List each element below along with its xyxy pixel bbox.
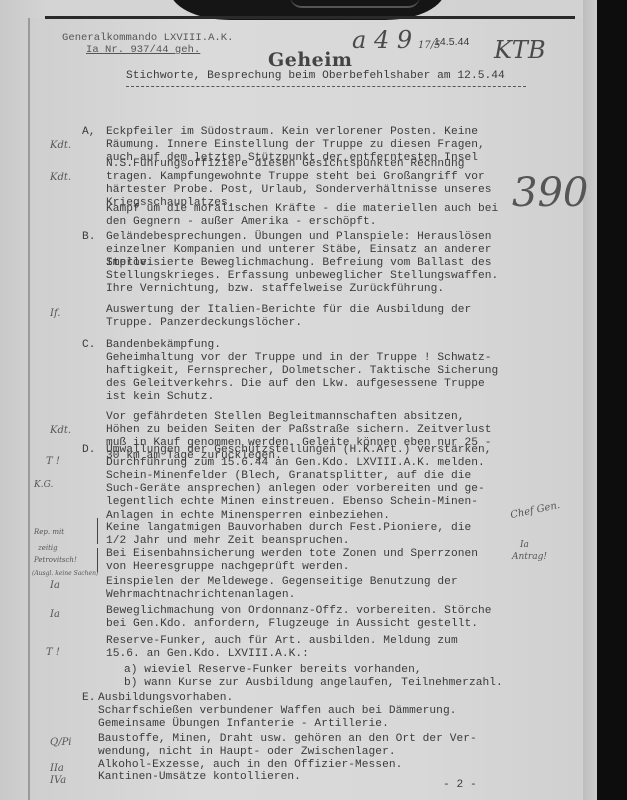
text-line: 1/2 Jahr und mehr Zeit beanspruchen. [106, 535, 350, 548]
page-right-strip [583, 0, 597, 800]
section-letter: C. [82, 339, 95, 351]
text-line: Bandenbekämpfung. [106, 339, 221, 352]
text-line: Stellungskrieges. Erfassung unbewegliche… [106, 270, 498, 283]
margin-bar [97, 518, 98, 544]
text-line: Ihre Vernichtung, bzw. staffelweise Zurü… [106, 283, 444, 296]
text-line: Auswertung der Italien-Berichte für die … [106, 304, 471, 317]
text-line: Gemeinsame Übungen Infanterie - Artiller… [98, 718, 389, 731]
text-line: Beweglichmachung von Ordonnanz-Offz. vor… [106, 605, 492, 618]
text-line: einzelner Kompanien und unterer Stäbe, E… [106, 244, 492, 257]
text-line: haftigkeit, Fernsprecher, Dolmetscher. T… [106, 365, 498, 378]
text-line: Baustoffe, Minen, Draht usw. gehören an … [98, 733, 477, 746]
text-line: wendung, nicht in Haupt- oder Zwischenla… [98, 746, 396, 759]
subtitle: Stichworte, Besprechung beim Oberbefehls… [126, 70, 505, 83]
handwritten-page-number: 390 [512, 170, 588, 216]
text-line: Einspielen der Meldewege. Gegenseitige B… [106, 576, 458, 589]
text-line: Vor gefährdeten Stellen Begleitmannschaf… [106, 411, 464, 424]
margin-note-zeitig: zeitig [38, 544, 58, 552]
text-line: Durchführung zum 15.6.44 an Gen.Kdo. LXV… [106, 457, 485, 470]
margin-bar [97, 548, 98, 572]
margin-note-rep: Rep. mit [34, 528, 64, 536]
classification-stamp: Geheim [268, 49, 353, 71]
text-line: Truppe. Panzerdeckungslöcher. [106, 317, 302, 330]
margin-annotation: IVa [50, 775, 66, 786]
section-letter: B. [82, 231, 95, 243]
margin-annotation: Ia [50, 609, 60, 620]
text-line: 15.6. an Gen.Kdo. LXVIII.A.K.: [106, 648, 309, 661]
text-line: Ausbildungsvorhaben. [98, 692, 233, 705]
margin-annotation: T ! [46, 647, 60, 658]
text-line: von Heeresgruppe nachgeprüft werden. [106, 561, 350, 574]
text-line: bei Gen.Kdo. anfordern, Flugzeuge in Aus… [106, 618, 478, 631]
text-line: a) wieviel Reserve-Funker bereits vorhan… [124, 664, 422, 677]
text-line: Improvisierte Beweglichmachung. Befreiun… [106, 257, 492, 270]
margin-note-kg: K.G. [34, 480, 53, 490]
text-line: Wehrmachtnachrichtenanlagen. [106, 589, 295, 602]
text-line: Geheimhaltung vor der Truppe und in der … [106, 352, 492, 365]
text-line: legentlich echte Minen einstreuen. Ebens… [106, 496, 478, 509]
scan-black-edge [597, 0, 627, 800]
text-line: des Geleitverkehrs. Die auf den Lkw. auf… [106, 378, 485, 391]
reference-number: Ia Nr. 937/44 geh. [86, 44, 200, 57]
margin-note-antrag: Antrag! [512, 552, 547, 562]
text-line: Kantinen-Umsätze kontollieren. [98, 771, 301, 784]
text-line: Reserve-Funker, auch für Art. ausbilden.… [106, 635, 458, 648]
text-line: Geländebesprechungen. Übungen und Plansp… [106, 231, 492, 244]
margin-annotation: Kdt. [50, 140, 71, 151]
page-footer: - 2 - [443, 779, 477, 792]
text-line: den Gegnern - außer Amerika - erschöpft. [106, 216, 377, 229]
text-line: N.S.Führungsoffiziere diesen Gesichtspun… [106, 158, 464, 171]
page-top-edge [45, 16, 575, 19]
date-stamp: 14.5.44 [434, 36, 469, 49]
margin-annotation: If. [50, 308, 60, 319]
text-line: ist kein Schutz. [106, 391, 214, 404]
ktb-mark: KTB [494, 36, 546, 64]
text-line: Eckpfeiler im Südostraum. Kein verlorene… [106, 126, 478, 139]
section-letter: D. [82, 444, 95, 456]
margin-note-ia: Ia [520, 540, 529, 550]
margin-annotation: Kdt. [50, 425, 71, 436]
text-line: Kampf um die moralischen Kräfte - die ma… [106, 203, 498, 216]
text-line: Anlagen in echte Minensperren einbeziehe… [106, 510, 390, 523]
margin-note-paren: (Ausgl. keine Sachen) [32, 570, 98, 577]
handwritten-ref: a 4 9 [352, 26, 412, 54]
margin-annotation: T ! [46, 456, 60, 467]
text-line: Bei Eisenbahnsicherung werden tote Zonen… [106, 548, 478, 561]
section-letter: E. [82, 692, 95, 704]
text-line: Keine langatmigen Bauvorhaben durch Fest… [106, 522, 471, 535]
text-line: Umwallungen der Geschützstellungen (H.K.… [106, 444, 492, 457]
subtitle-underline [126, 86, 526, 87]
margin-annotation: Ia [50, 580, 60, 591]
text-line: Schein-Minenfelder (Blech, Granatsplitte… [106, 470, 471, 483]
section-letter: A, [82, 126, 95, 138]
text-line: Scharfschießen verbundener Waffen auch b… [98, 705, 456, 718]
text-line: Höhen zu beiden Seiten der Paßstraße sic… [106, 424, 492, 437]
margin-note-petrovitsch: Petrovitsch! [34, 556, 77, 564]
text-line: Räumung. Innere Einstellung der Truppe z… [106, 139, 485, 152]
margin-annotation: Kdt. [50, 172, 71, 183]
text-line: härtester Probe. Post, Urlaub, Sonderver… [106, 184, 492, 197]
margin-annotation: IIa [50, 763, 64, 774]
margin-annotation: Q/Pi [50, 737, 72, 748]
text-line: tragen. Kampfungewohnte Truppe steht bei… [106, 171, 485, 184]
text-line: Such-Geräte ansprechen) anlegen oder vor… [106, 483, 485, 496]
text-line: b) wann Kurse zur Ausbildung angelaufen,… [124, 677, 503, 690]
